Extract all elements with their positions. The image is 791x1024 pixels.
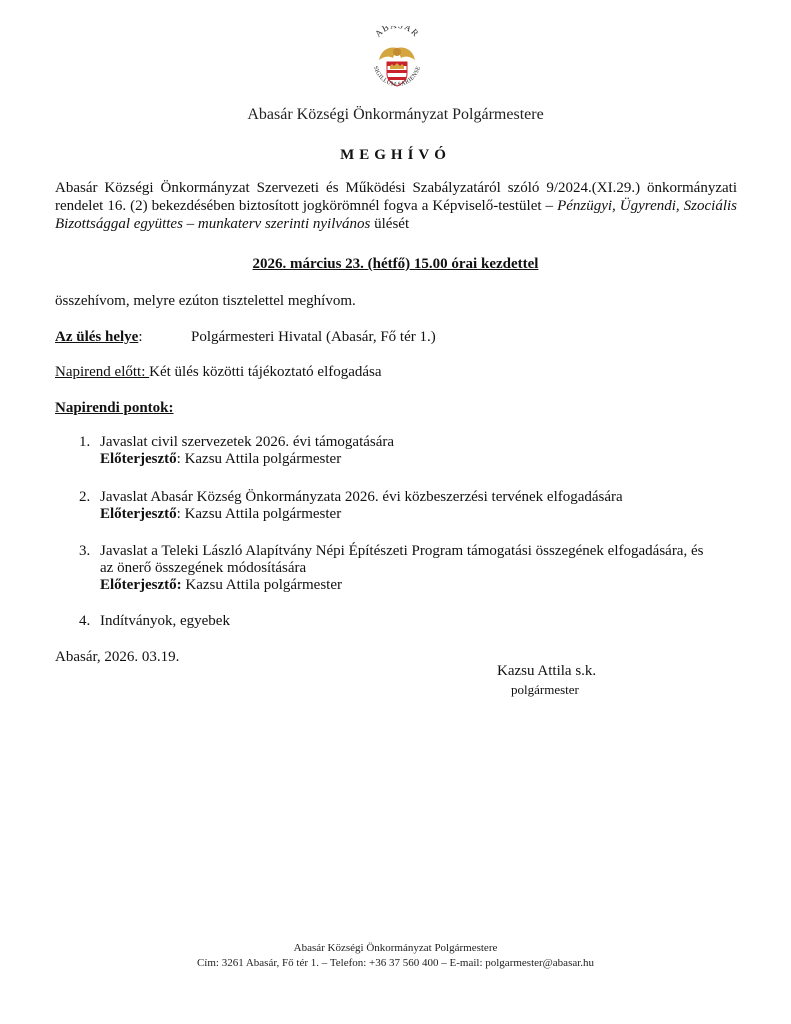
document-title: MEGHÍVÓ bbox=[0, 147, 791, 164]
agenda-item-number: 4. bbox=[79, 613, 97, 630]
organization-header: Abasár Községi Önkormányzat Polgármester… bbox=[0, 106, 791, 124]
footer-contact: Cím: 3261 Abasár, Fő tér 1. – Telefon: +… bbox=[0, 957, 791, 969]
presenter-name: Kazsu Attila polgármester bbox=[182, 577, 342, 593]
agenda-item-title: Javaslat Abasár Község Önkormányzata 202… bbox=[100, 489, 740, 506]
svg-text:ABASÁR: ABASÁR bbox=[373, 26, 421, 39]
signature-name: Kazsu Attila s.k. bbox=[497, 663, 596, 680]
presenter-label: Előterjesztő bbox=[100, 506, 177, 522]
presenter-name: Kazsu Attila polgármester bbox=[181, 506, 341, 522]
signature-role: polgármester bbox=[511, 682, 579, 698]
pre-agenda: Napirend előtt: Két ülés közötti tájékoz… bbox=[55, 363, 382, 381]
place-label: Az ülés helye bbox=[55, 329, 138, 345]
presenter-name: Kazsu Attila polgármester bbox=[181, 451, 341, 467]
agenda-heading: Napirendi pontok: bbox=[55, 399, 174, 417]
intro-paragraph: Abasár Községi Önkormányzat Szervezeti é… bbox=[55, 179, 737, 233]
convene-text: összehívom, melyre ezúton tisztelettel m… bbox=[55, 292, 356, 310]
agenda-item-number: 3. bbox=[79, 543, 97, 560]
place-colon: : bbox=[138, 329, 142, 345]
agenda-item-presenter: Előterjesztő: Kazsu Attila polgármester bbox=[100, 577, 740, 594]
agenda-item-title: Javaslat civil szervezetek 2026. évi tám… bbox=[100, 434, 740, 451]
pre-agenda-label: Napirend előtt: bbox=[55, 364, 149, 380]
meeting-place: Az ülés helye: Polgármesteri Hivatal (Ab… bbox=[55, 328, 555, 346]
agenda-item-presenter: Előterjesztő: Kazsu Attila polgármester bbox=[100, 451, 740, 468]
meeting-datetime: 2026. március 23. (hétfő) 15.00 órai kez… bbox=[0, 256, 791, 273]
agenda-item-number: 2. bbox=[79, 489, 97, 506]
agenda-item-title: Indítványok, egyebek bbox=[100, 613, 740, 630]
agenda-item-title-cont: az önerő összegének módosítására bbox=[100, 560, 740, 577]
place-date: Abasár, 2026. 03.19. bbox=[55, 648, 179, 666]
coat-of-arms-logo: ABASÁR SIGILLUM·SARIENSE bbox=[367, 26, 427, 100]
footer-organization: Abasár Községi Önkormányzat Polgármester… bbox=[0, 942, 791, 954]
intro-text-2: ülését bbox=[370, 216, 409, 232]
agenda-item-title: Javaslat a Teleki László Alapítvány Népi… bbox=[100, 543, 740, 560]
presenter-label: Előterjesztő bbox=[100, 451, 177, 467]
place-value: Polgármesteri Hivatal (Abasár, Fő tér 1.… bbox=[191, 328, 436, 346]
agenda-item-number: 1. bbox=[79, 434, 97, 451]
agenda-item-presenter: Előterjesztő: Kazsu Attila polgármester bbox=[100, 506, 740, 523]
presenter-label: Előterjesztő: bbox=[100, 577, 182, 593]
coat-of-arms-icon: ABASÁR SIGILLUM·SARIENSE bbox=[367, 26, 427, 100]
pre-agenda-value: Két ülés közötti tájékoztató elfogadása bbox=[149, 364, 381, 380]
